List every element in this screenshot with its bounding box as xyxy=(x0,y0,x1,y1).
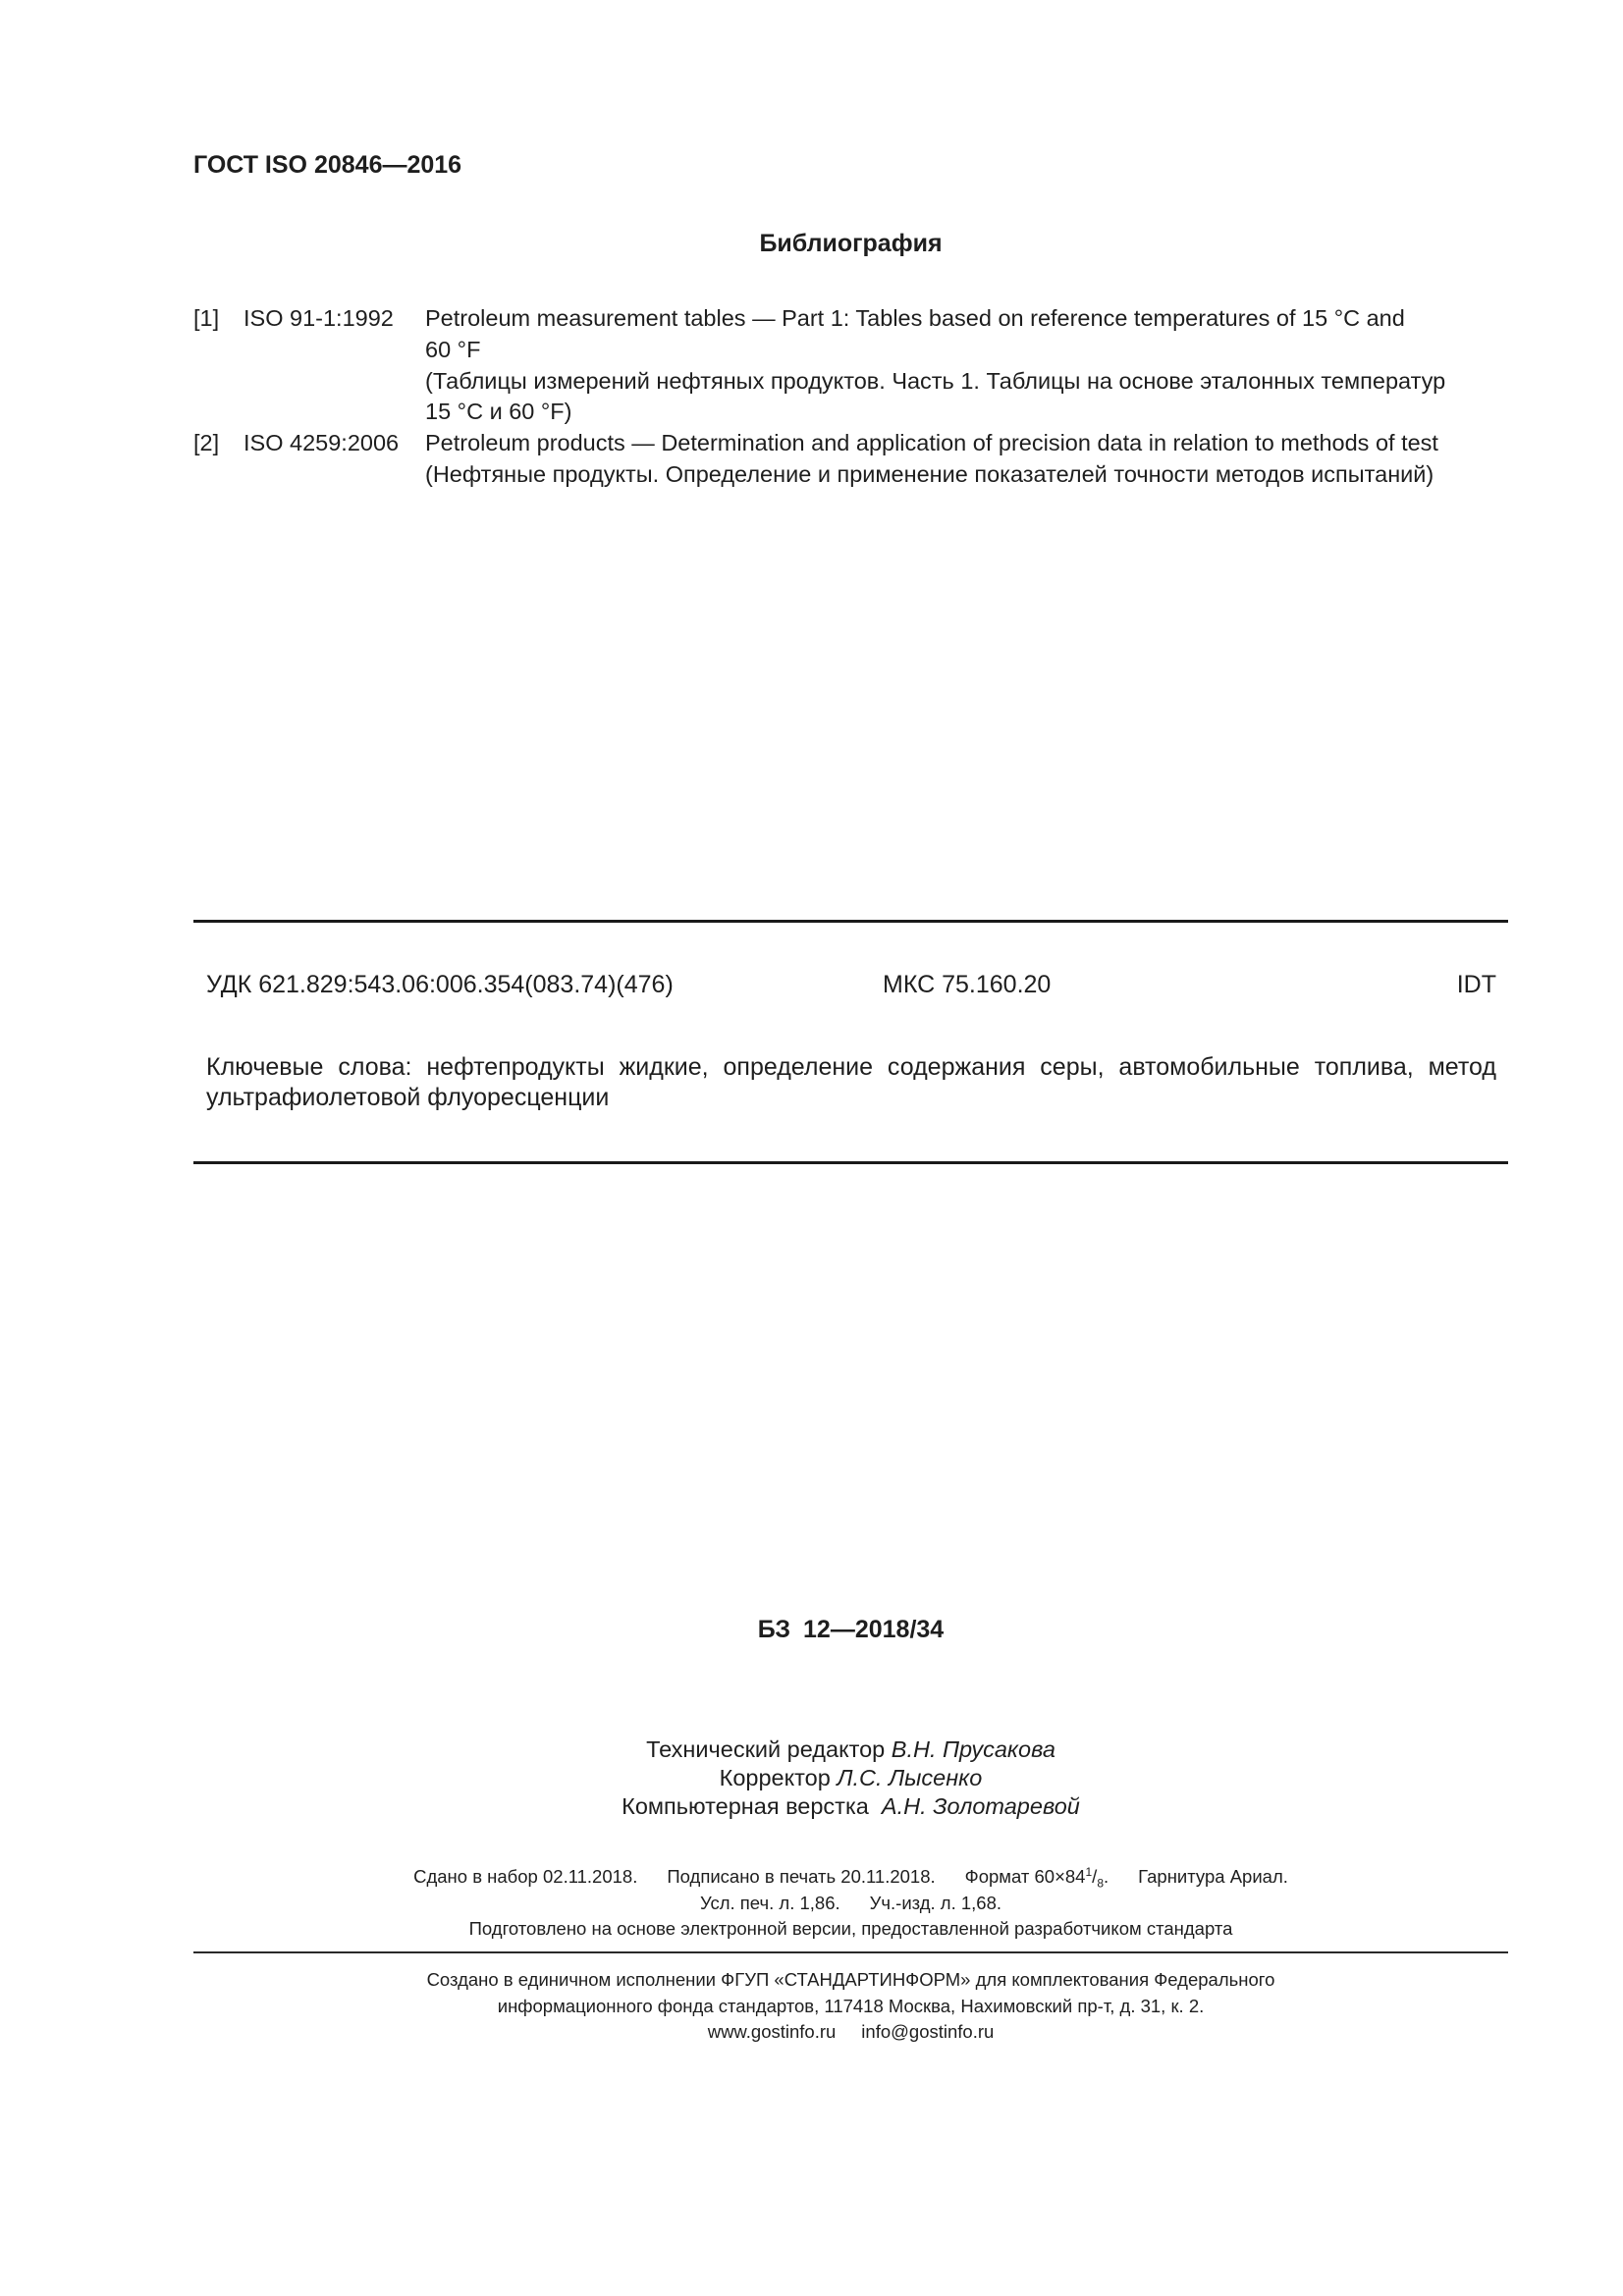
document-code-header: ГОСТ ISO 20846—2016 xyxy=(193,150,461,180)
typeface: Гарнитура Ариал. xyxy=(1138,1866,1288,1887)
reference-number: [2] xyxy=(193,428,243,459)
reference-title: Petroleum products — Determination and a… xyxy=(425,428,1509,491)
imprint-dates-line: Сдано в набор 02.11.2018.Подписано в печ… xyxy=(193,1864,1508,1891)
credits: Технический редактор В.Н. Прусакова Корр… xyxy=(193,1735,1508,1821)
print-sheets: Усл. печ. л. 1,86. xyxy=(700,1893,840,1913)
reference-title-ru-line: 15 °C и 60 °F) xyxy=(425,399,571,424)
bibliography-entry: [1] ISO 91-1:1992 Petroleum measurement … xyxy=(193,303,1509,428)
bibliography-title: Библиография xyxy=(193,229,1508,258)
email-link[interactable]: info@gostinfo.ru xyxy=(861,2021,994,2042)
credit-label: Технический редактор xyxy=(646,1736,885,1762)
credit-corrector: Корректор Л.С. Лысенко xyxy=(193,1764,1508,1792)
reference-title-en-line: 60 °F xyxy=(425,337,480,362)
paper-format-suffix: . xyxy=(1104,1866,1109,1887)
credit-label: Компьютерная верстка xyxy=(622,1793,869,1819)
mks-code: МКС 75.160.20 xyxy=(883,970,1051,999)
reference-standard-code: ISO 4259:2006 xyxy=(243,428,425,459)
paper-format-prefix: Формат 60×84 xyxy=(965,1866,1086,1887)
divider-bottom xyxy=(193,1161,1508,1164)
imprint-sheets-line: Усл. печ. л. 1,86.Уч.-изд. л. 1,68. xyxy=(193,1891,1508,1917)
reference-title-ru-line: (Таблицы измерений нефтяных продуктов. Ч… xyxy=(425,368,1445,394)
credit-tech-editor: Технический редактор В.Н. Прусакова xyxy=(193,1735,1508,1764)
publisher-info: Создано в единичном исполнении ФГУП «СТА… xyxy=(193,1967,1508,2046)
reference-title-en: Petroleum products — Determination and a… xyxy=(425,428,1509,459)
paper-format-denominator: 8 xyxy=(1097,1877,1104,1891)
reference-title-en: Petroleum measurement tables — Part 1: T… xyxy=(425,303,1509,366)
credit-name: В.Н. Прусакова xyxy=(892,1736,1055,1762)
website-link[interactable]: www.gostinfo.ru xyxy=(708,2021,837,2042)
prepared-note: Подготовлено на основе электронной верси… xyxy=(193,1916,1508,1943)
bibliography-entry: [2] ISO 4259:2006 Petroleum products — D… xyxy=(193,428,1509,491)
credit-label: Корректор xyxy=(720,1765,831,1790)
reference-title-ru: (Нефтяные продукты. Определение и примен… xyxy=(425,459,1509,491)
publisher-line: Создано в единичном исполнении ФГУП «СТА… xyxy=(193,1967,1508,1994)
keywords: Ключевые слова: нефтепродукты жидкие, оп… xyxy=(206,1052,1496,1113)
reference-title-en-line: Petroleum measurement tables — Part 1: T… xyxy=(425,305,1405,331)
equivalence-degree: IDT xyxy=(1457,970,1496,999)
paper-format: Формат 60×841/8. xyxy=(965,1866,1109,1887)
divider-publisher xyxy=(193,1951,1508,1953)
imprint-code: БЗ 12—2018/34 xyxy=(193,1615,1508,1644)
reference-standard-code: ISO 91-1:1992 xyxy=(243,303,425,335)
submitted-date: Сдано в набор 02.11.2018. xyxy=(413,1866,637,1887)
publisher-address: информационного фонда стандартов, 117418… xyxy=(193,1994,1508,2020)
reference-number: [1] xyxy=(193,303,243,335)
udk-code: УДК 621.829:543.06:006.354(083.74)(476) xyxy=(206,970,674,999)
publisher-sheets: Уч.-изд. л. 1,68. xyxy=(870,1893,1001,1913)
publisher-contacts: www.gostinfo.ruinfo@gostinfo.ru xyxy=(193,2019,1508,2046)
divider-top xyxy=(193,920,1508,923)
reference-title: Petroleum measurement tables — Part 1: T… xyxy=(425,303,1509,428)
reference-title-ru: (Таблицы измерений нефтяных продуктов. Ч… xyxy=(425,366,1509,429)
credit-layout: Компьютерная верстка А.Н. Золотаревой xyxy=(193,1792,1508,1821)
bibliography-list: [1] ISO 91-1:1992 Petroleum measurement … xyxy=(193,303,1509,491)
imprint-details: Сдано в набор 02.11.2018.Подписано в печ… xyxy=(193,1864,1508,1943)
credit-name: Л.С. Лысенко xyxy=(837,1765,982,1790)
signed-date: Подписано в печать 20.11.2018. xyxy=(667,1866,935,1887)
classification-row: УДК 621.829:543.06:006.354(083.74)(476) … xyxy=(206,970,1496,999)
credit-name: А.Н. Золотаревой xyxy=(882,1793,1080,1819)
